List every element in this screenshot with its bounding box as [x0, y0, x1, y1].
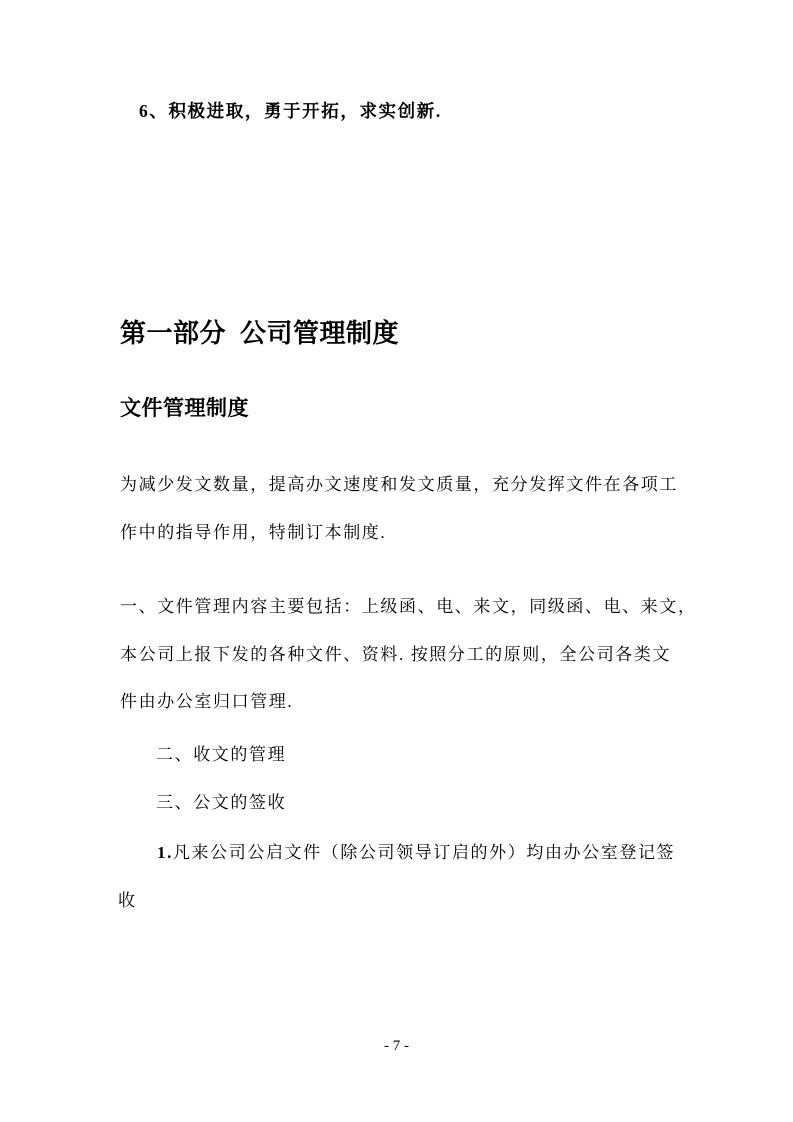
clause-1-number: 1.: [157, 843, 173, 862]
item1-paragraph-line-1: 一、文件管理内容主要包括：上级函、电、来文，同级函、电、来文，: [120, 598, 697, 615]
page-number: - 7 -: [0, 1039, 793, 1054]
clause-1-text: 凡来公司公启文件（除公司领导订启的外）均由办公室登记签: [173, 843, 675, 862]
intro-paragraph-line-1: 为减少发文数量，提高办文速度和发文质量，充分发挥文件在各项工: [120, 476, 678, 493]
list-item-three: 三、公文的签收: [156, 794, 286, 811]
list-item-two: 二、收文的管理: [156, 746, 286, 763]
intro-paragraph-line-2: 作中的指导作用，特制订本制度.: [120, 524, 386, 541]
section-heading: 文件管理制度: [120, 398, 249, 419]
list-item-6: 6、积极进取，勇于开拓，求实创新.: [139, 103, 442, 121]
clause-1-line-2: 收: [118, 892, 137, 909]
item1-paragraph-line-3: 件由办公室归口管理.: [120, 693, 293, 710]
clause-1-line-1: 1.凡来公司公启文件（除公司领导订启的外）均由办公室登记签: [157, 844, 675, 861]
part-heading: 第一部分 公司管理制度: [120, 321, 399, 347]
document-page: 6、积极进取，勇于开拓，求实创新. 第一部分 公司管理制度 文件管理制度 为减少…: [0, 0, 793, 1122]
item1-paragraph-line-2: 本公司上报下发的各种文件、资料. 按照分工的原则，全公司各类文: [120, 646, 671, 663]
